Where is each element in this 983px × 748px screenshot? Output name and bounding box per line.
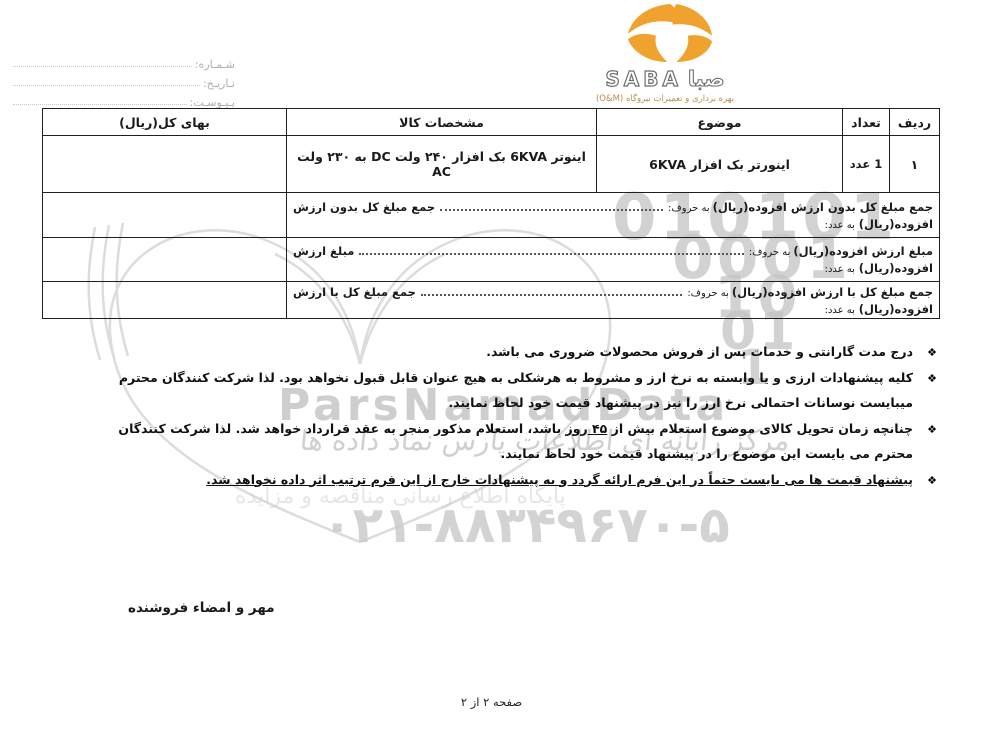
vat-amount-value <box>43 238 287 282</box>
seller-signature-label: مهر و امضاء فروشنده <box>128 600 275 616</box>
diamond-bullet-icon: ❖ <box>927 340 937 366</box>
number-label: شـمـاره: <box>192 58 235 71</box>
item-subject: اینورتر بک افزار 6KVA <box>597 136 843 193</box>
letterhead-attachment-row: پـیـوسـت: <box>13 90 235 109</box>
total-with-vat-value <box>43 282 287 319</box>
header-quantity: تعداد <box>843 109 890 136</box>
header-subject: موضوع <box>597 109 843 136</box>
total-label: جمع مبلغ کل بدون ارزش افزوده(ریال) <box>713 200 933 214</box>
total-with-vat-cell: جمع مبلغ کل با ارزش افزوده(ریال) به حروف… <box>287 282 940 319</box>
term-form-only-text: پیشنهاد قیمت ها می بایست حتماً در این فر… <box>206 472 913 487</box>
header-total-price: بهای کل(ریال) <box>43 109 287 136</box>
date-label: تـاریـخ: <box>200 77 235 90</box>
term-delivery: ❖ چنانچه زمان تحویل کالای موضوع استعلام … <box>91 416 939 467</box>
total-with-vat-row: جمع مبلغ کل با ارزش افزوده(ریال) به حروف… <box>43 282 940 319</box>
company-logo: SABA صبا بهره برداری و تعمیرات نیروگاه (… <box>585 4 745 104</box>
attachment-dotted-line <box>13 104 187 105</box>
total-without-vat-row: جمع مبلغ کل بدون ارزش افزوده(ریال) به حر… <box>43 193 940 238</box>
total-label-tail: جمع مبلغ کل بدون ارزش <box>293 200 435 214</box>
total-label-tail2: افزوده(ریال) <box>859 261 933 275</box>
total-label: جمع مبلغ کل با ارزش افزوده(ریال) <box>732 285 933 299</box>
dotted-fill-line <box>440 209 663 211</box>
header-row-number: ردیف <box>890 109 940 136</box>
date-dotted-line <box>13 85 200 86</box>
saba-emblem-icon <box>615 4 725 62</box>
term-delivery-days: ۴۵ روز <box>566 421 608 436</box>
in-digits-label: به عدد: <box>825 305 855 316</box>
number-dotted-line <box>13 66 192 67</box>
logo-persian-text: صبا <box>688 67 725 91</box>
inquiry-table: ردیف تعداد موضوع مشخصات کالا بهای کل(ریا… <box>42 108 940 319</box>
item-quantity: 1 عدد <box>843 136 890 193</box>
item-total-price <box>43 136 287 193</box>
item-specs: اینوتر 6KVA بک افزار ۲۴۰ ولت DC به ۲۳۰ و… <box>287 136 597 193</box>
table-header-row: ردیف تعداد موضوع مشخصات کالا بهای کل(ریا… <box>43 109 940 136</box>
diamond-bullet-icon: ❖ <box>927 468 937 494</box>
diamond-bullet-icon: ❖ <box>927 417 937 443</box>
term-form-only: ❖ پیشنهاد قیمت ها می بایست حتماً در این … <box>91 467 939 493</box>
letterhead-number-row: شـمـاره: <box>13 52 235 71</box>
page-number: صفحه ۲ از ۲ <box>0 695 983 709</box>
in-words-label: به حروف: <box>687 288 729 299</box>
vat-amount-row: مبلغ ارزش افزوده(ریال) به حروف: مبلغ ارز… <box>43 238 940 282</box>
term-delivery-pre: چنانچه زمان تحویل کالای موضوع استعلام بی… <box>607 421 913 436</box>
total-label-tail2: افزوده(ریال) <box>859 217 933 231</box>
letterhead-date-row: تـاریـخ: <box>13 71 235 90</box>
watermark-phone-number: ۰۲۱-۸۸۳۴۹۶۷۰-۵ <box>322 496 730 554</box>
total-label: مبلغ ارزش افزوده(ریال) <box>793 244 933 258</box>
vat-amount-cell: مبلغ ارزش افزوده(ریال) به حروف: مبلغ ارز… <box>287 238 940 282</box>
terms-list: ❖ درج مدت گارانتی و خدمات پس از فروش محص… <box>91 339 939 492</box>
term-warranty-text: درج مدت گارانتی و خدمات پس از فروش محصول… <box>486 344 913 359</box>
term-warranty: ❖ درج مدت گارانتی و خدمات پس از فروش محص… <box>91 339 939 365</box>
term-currency: ❖ کلیه پیشنهادات ارزی و یا وابسته به نرخ… <box>91 365 939 416</box>
diamond-bullet-icon: ❖ <box>927 366 937 392</box>
item-row: ۱ 1 عدد اینورتر بک افزار 6KVA اینوتر 6KV… <box>43 136 940 193</box>
dotted-fill-line <box>359 253 743 255</box>
total-label-tail: جمع مبلغ کل با ارزش <box>293 285 416 299</box>
document-page: { "letterhead": { "number_label": "شـمـا… <box>0 0 983 748</box>
logo-caption: بهره برداری و تعمیرات نیروگاه (O&M) <box>585 94 745 104</box>
total-without-vat-value <box>43 193 287 238</box>
logo-latin-text: SABA <box>605 67 682 91</box>
term-currency-text: کلیه پیشنهادات ارزی و یا وابسته به نرخ ا… <box>119 370 913 411</box>
total-label-tail2: افزوده(ریال) <box>859 302 933 316</box>
in-words-label: به حروف: <box>749 247 791 258</box>
letterhead-fields: شـمـاره: تـاریـخ: پـیـوسـت: <box>13 52 235 109</box>
in-digits-label: به عدد: <box>825 264 855 275</box>
logo-wordmark: SABA صبا <box>585 67 745 91</box>
in-digits-label: به عدد: <box>825 220 855 231</box>
item-row-number: ۱ <box>890 136 940 193</box>
in-words-label: به حروف: <box>668 203 710 214</box>
total-without-vat-cell: جمع مبلغ کل بدون ارزش افزوده(ریال) به حر… <box>287 193 940 238</box>
dotted-fill-line <box>421 294 682 296</box>
header-specs: مشخصات کالا <box>287 109 597 136</box>
total-label-tail: مبلغ ارزش <box>293 244 354 258</box>
